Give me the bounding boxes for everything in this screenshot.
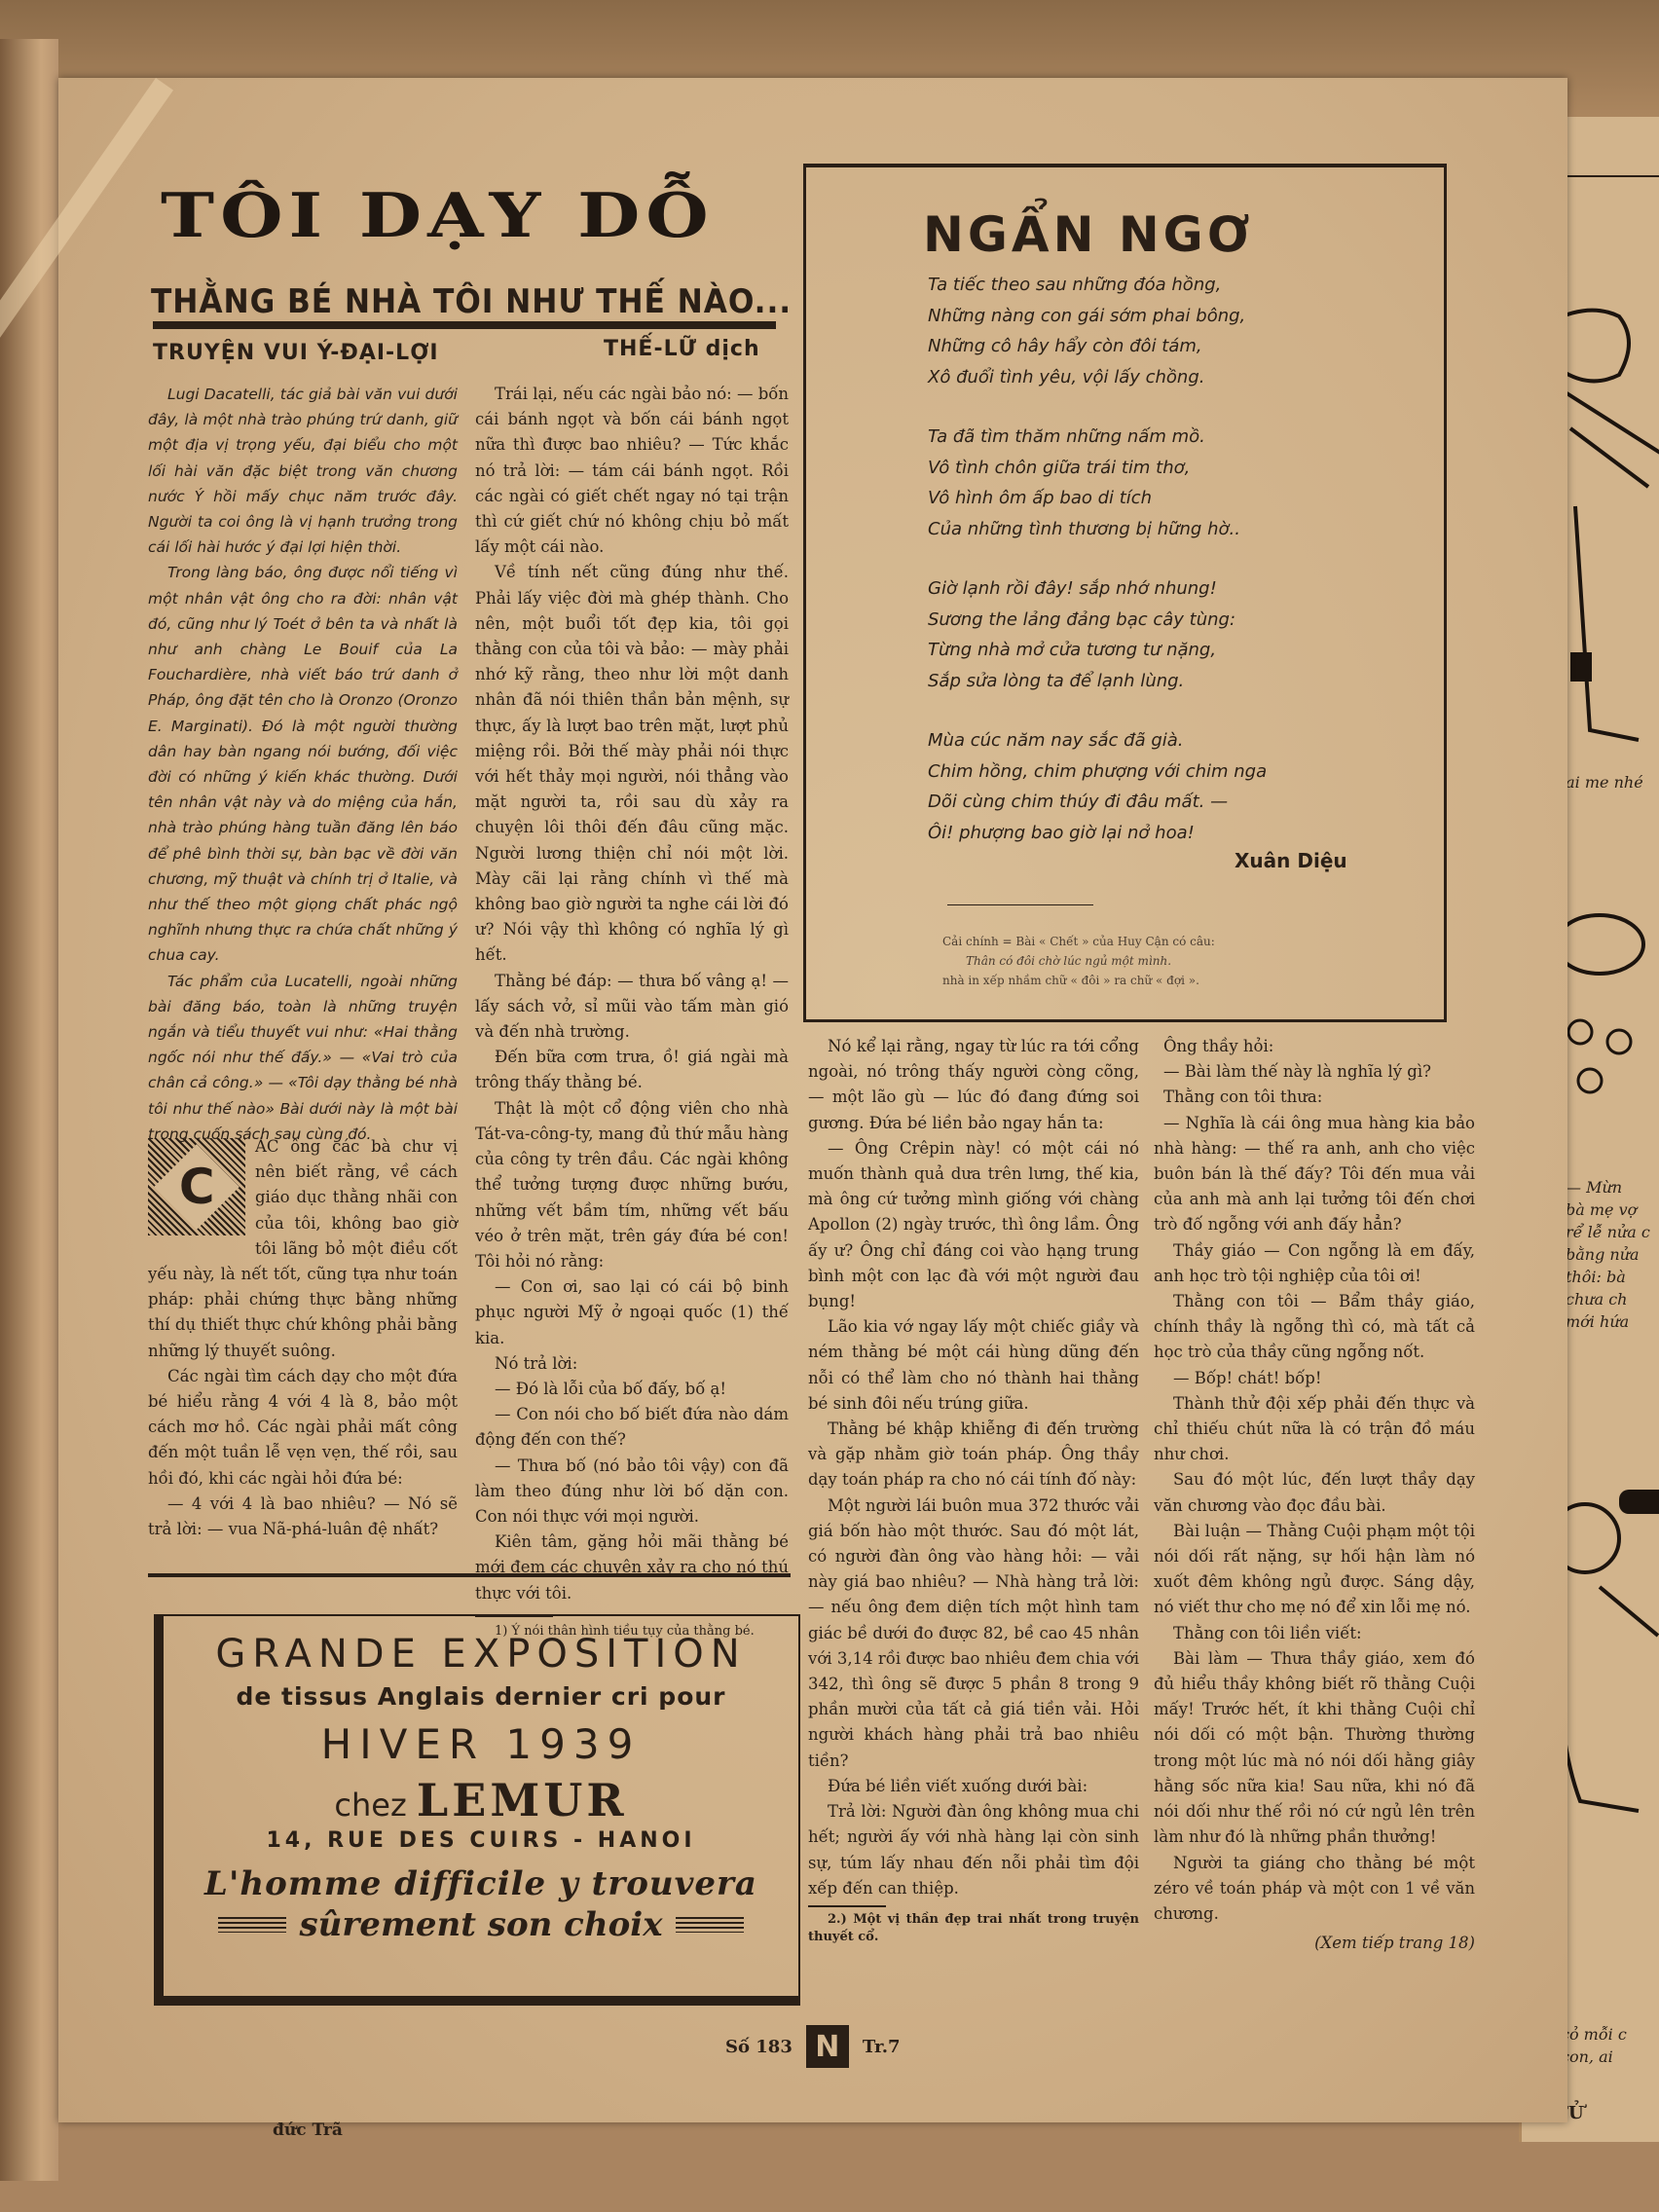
adjacent-caption-bottom: cỏ mỗi c con, ai (1561, 2023, 1627, 2068)
article-genre: TRUYỆN VUI Ý-ĐẠI-LỢI (153, 341, 439, 365)
poem-box: NGẨN NGƠ Ta tiếc theo sau những đóa hồng… (803, 164, 1447, 1022)
title-rule (153, 321, 776, 329)
article-intro: Lugi Dacatelli, tác giả bài văn vui dưới… (148, 382, 458, 1147)
page-footer: Số 183 N Tr.7 (725, 2025, 901, 2068)
poem-title: NGẨN NGƠ (923, 206, 1253, 263)
poem-author: Xuân Diệu (1235, 849, 1347, 872)
decorative-lines-icon (676, 1917, 744, 1933)
underlying-page-text: đức Trã (273, 2120, 343, 2140)
footnote-2: 2.) Một vị thần đẹp trai nhất trong truy… (808, 1911, 1139, 1946)
issue-number: Số 183 (725, 2037, 793, 2057)
ad-season: HIVER 1939 (164, 1720, 798, 1768)
article-translator: THẾ-LỮ dịch (604, 337, 760, 361)
poem-correction: Cải chính = Bài « Chết » của Huy Cận có … (942, 932, 1215, 990)
column-2-body: Trái lại, nếu các ngài bảo nó: — bốn cái… (475, 382, 789, 1641)
advertisement: GRANDE EXPOSITION de tissus Anglais dern… (154, 1614, 800, 2006)
footnote-rule (808, 1905, 886, 1907)
column-4-body: Ông thầy hỏi: — Bài làm thế này là nghĩa… (1154, 1034, 1475, 1956)
ad-slogan-1: L'homme difficile y trouvera (164, 1864, 798, 1903)
column-3-body: Nó kể lại rằng, ngay từ lúc ra tới cổng … (808, 1034, 1139, 1946)
page-number: Tr.7 (863, 2037, 901, 2057)
ad-slogan-2-row: sûrement son choix (164, 1905, 798, 1944)
ad-headline: GRANDE EXPOSITION (164, 1632, 798, 1677)
publication-logo-icon: N (806, 2025, 849, 2068)
poem-stanza: Ta tiếc theo sau những đóa hồng, Những n… (928, 270, 1267, 392)
poem-stanza: Mùa cúc năm nay sắc đã già. Chim hồng, c… (928, 725, 1267, 848)
continued-note: (Xem tiếp trang 18) (1154, 1931, 1475, 1956)
article-subtitle: THẰNG BÉ NHÀ TÔI NHƯ THẾ NÀO... (151, 282, 792, 321)
ad-subline: de tissus Anglais dernier cri pour (164, 1682, 798, 1711)
column-1-body: C ÁC ông các bà chư vị nên biết rằng, về… (148, 1134, 458, 1542)
poem-stanza: Ta đã tìm thăm những nấm mồ. Vô tình chô… (928, 422, 1267, 544)
adjacent-caption-top: lai me nhé (1561, 771, 1643, 793)
adjacent-text: — Mừn bà mẹ vợ rể lễ nửa c bằng nửa thôi… (1566, 1176, 1650, 1333)
dropcap-ornament-icon: C (148, 1138, 245, 1235)
ad-store: chez LEMUR (164, 1774, 798, 1826)
previous-page-edge (0, 39, 58, 2181)
poem-divider (947, 904, 1093, 905)
ad-top-rule (148, 1573, 791, 1577)
ad-address: 14, RUE DES CUIRS - HANOI (164, 1828, 798, 1853)
ad-slogan-2: sûrement son choix (300, 1905, 663, 1944)
poem-text: Ta tiếc theo sau những đóa hồng, Những n… (928, 270, 1267, 877)
poem-stanza: Giờ lạnh rồi đây! sắp nhớ nhung! Sương t… (928, 573, 1267, 696)
decorative-lines-icon (218, 1917, 286, 1933)
article-title: TÔI DẠY DỖ (161, 180, 715, 251)
ad-brand: LEMUR (417, 1774, 628, 1826)
